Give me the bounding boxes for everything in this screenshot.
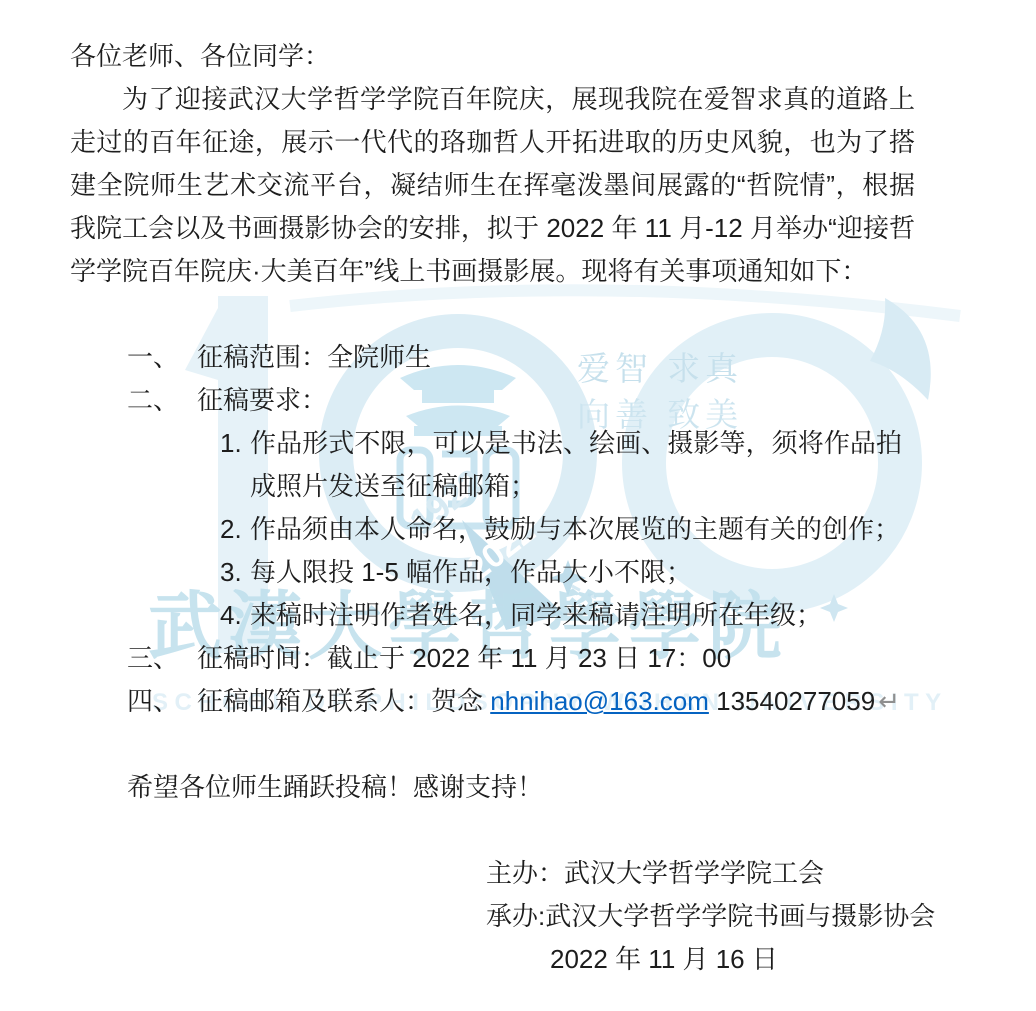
paragraph-return-mark: ↵ [875,686,900,716]
list-item-text: 征稿要求： [197,379,966,422]
list-item-label: 二、 [127,379,197,422]
requirement-text: 作品形式不限，可以是书法、绘画、摄影等，须将作品拍成照片发送至征稿邮箱； [250,422,902,508]
requirement-number: 4. [220,594,250,637]
organizer-line: 主办：武汉大学哲学学院工会 [70,852,966,895]
requirement-text: 来稿时注明作者姓名，同学来稿请注明所在年级； [250,594,902,637]
document-body: 各位老师、各位同学： 为了迎接武汉大学哲学学院百年院庆，展现我院在爱智求真的道路… [0,0,1036,981]
list-item-text: 征稿时间：截止于 2022 年 11 月 23 日 17：00 [197,637,966,680]
list-item-scope: 一、 征稿范围：全院师生 [70,336,966,379]
list-item-text: 征稿邮箱及联系人：贺念 nhnihao@163.com 13540277059↵ [197,680,966,723]
list-item-label: 三、 [127,637,197,680]
document-page: 爱智 求真 向善 致美 1922 2022 武漢大學哲學學院 SCHOOL OF… [0,0,1036,1011]
list-item-deadline: 三、 征稿时间：截止于 2022 年 11 月 23 日 17：00 [70,637,966,680]
blank-line [70,723,966,766]
requirement-text: 每人限投 1-5 幅作品，作品大小不限； [250,551,902,594]
requirement-number: 1. [220,422,250,508]
requirement-item-4: 4. 来稿时注明作者姓名，同学来稿请注明所在年级； [70,594,966,637]
list-item-label: 四、 [127,680,197,723]
closing-sentence: 希望各位师生踊跃投稿！感谢支持！ [70,766,966,809]
date-line: 2022 年 11 月 16 日 [70,938,966,981]
list-item-text: 征稿范围：全院师生 [197,336,966,379]
email-link[interactable]: nhnihao@163.com [490,686,709,716]
salutation: 各位老师、各位同学： [70,35,966,78]
blank-line [70,293,966,336]
list-item-requirements: 二、 征稿要求： [70,379,966,422]
requirement-text: 作品须由本人命名，鼓励与本次展览的主题有关的创作； [250,508,902,551]
requirement-number: 3. [220,551,250,594]
requirement-number: 2. [220,508,250,551]
requirement-item-3: 3. 每人限投 1-5 幅作品，作品大小不限； [70,551,966,594]
blank-line [70,809,966,852]
intro-paragraph: 为了迎接武汉大学哲学学院百年院庆，展现我院在爱智求真的道路上走过的百年征途，展示… [70,78,915,293]
list-item-label: 一、 [127,336,197,379]
contact-prefix: 征稿邮箱及联系人：贺念 [197,686,490,716]
list-item-contact: 四、 征稿邮箱及联系人：贺念 nhnihao@163.com 135402770… [70,680,966,723]
co-organizer-line: 承办:武汉大学哲学学院书画与摄影协会 [70,895,966,938]
requirement-item-2: 2. 作品须由本人命名，鼓励与本次展览的主题有关的创作； [70,508,966,551]
contact-phone: 13540277059 [709,686,875,716]
requirement-item-1: 1. 作品形式不限，可以是书法、绘画、摄影等，须将作品拍成照片发送至征稿邮箱； [70,422,966,508]
